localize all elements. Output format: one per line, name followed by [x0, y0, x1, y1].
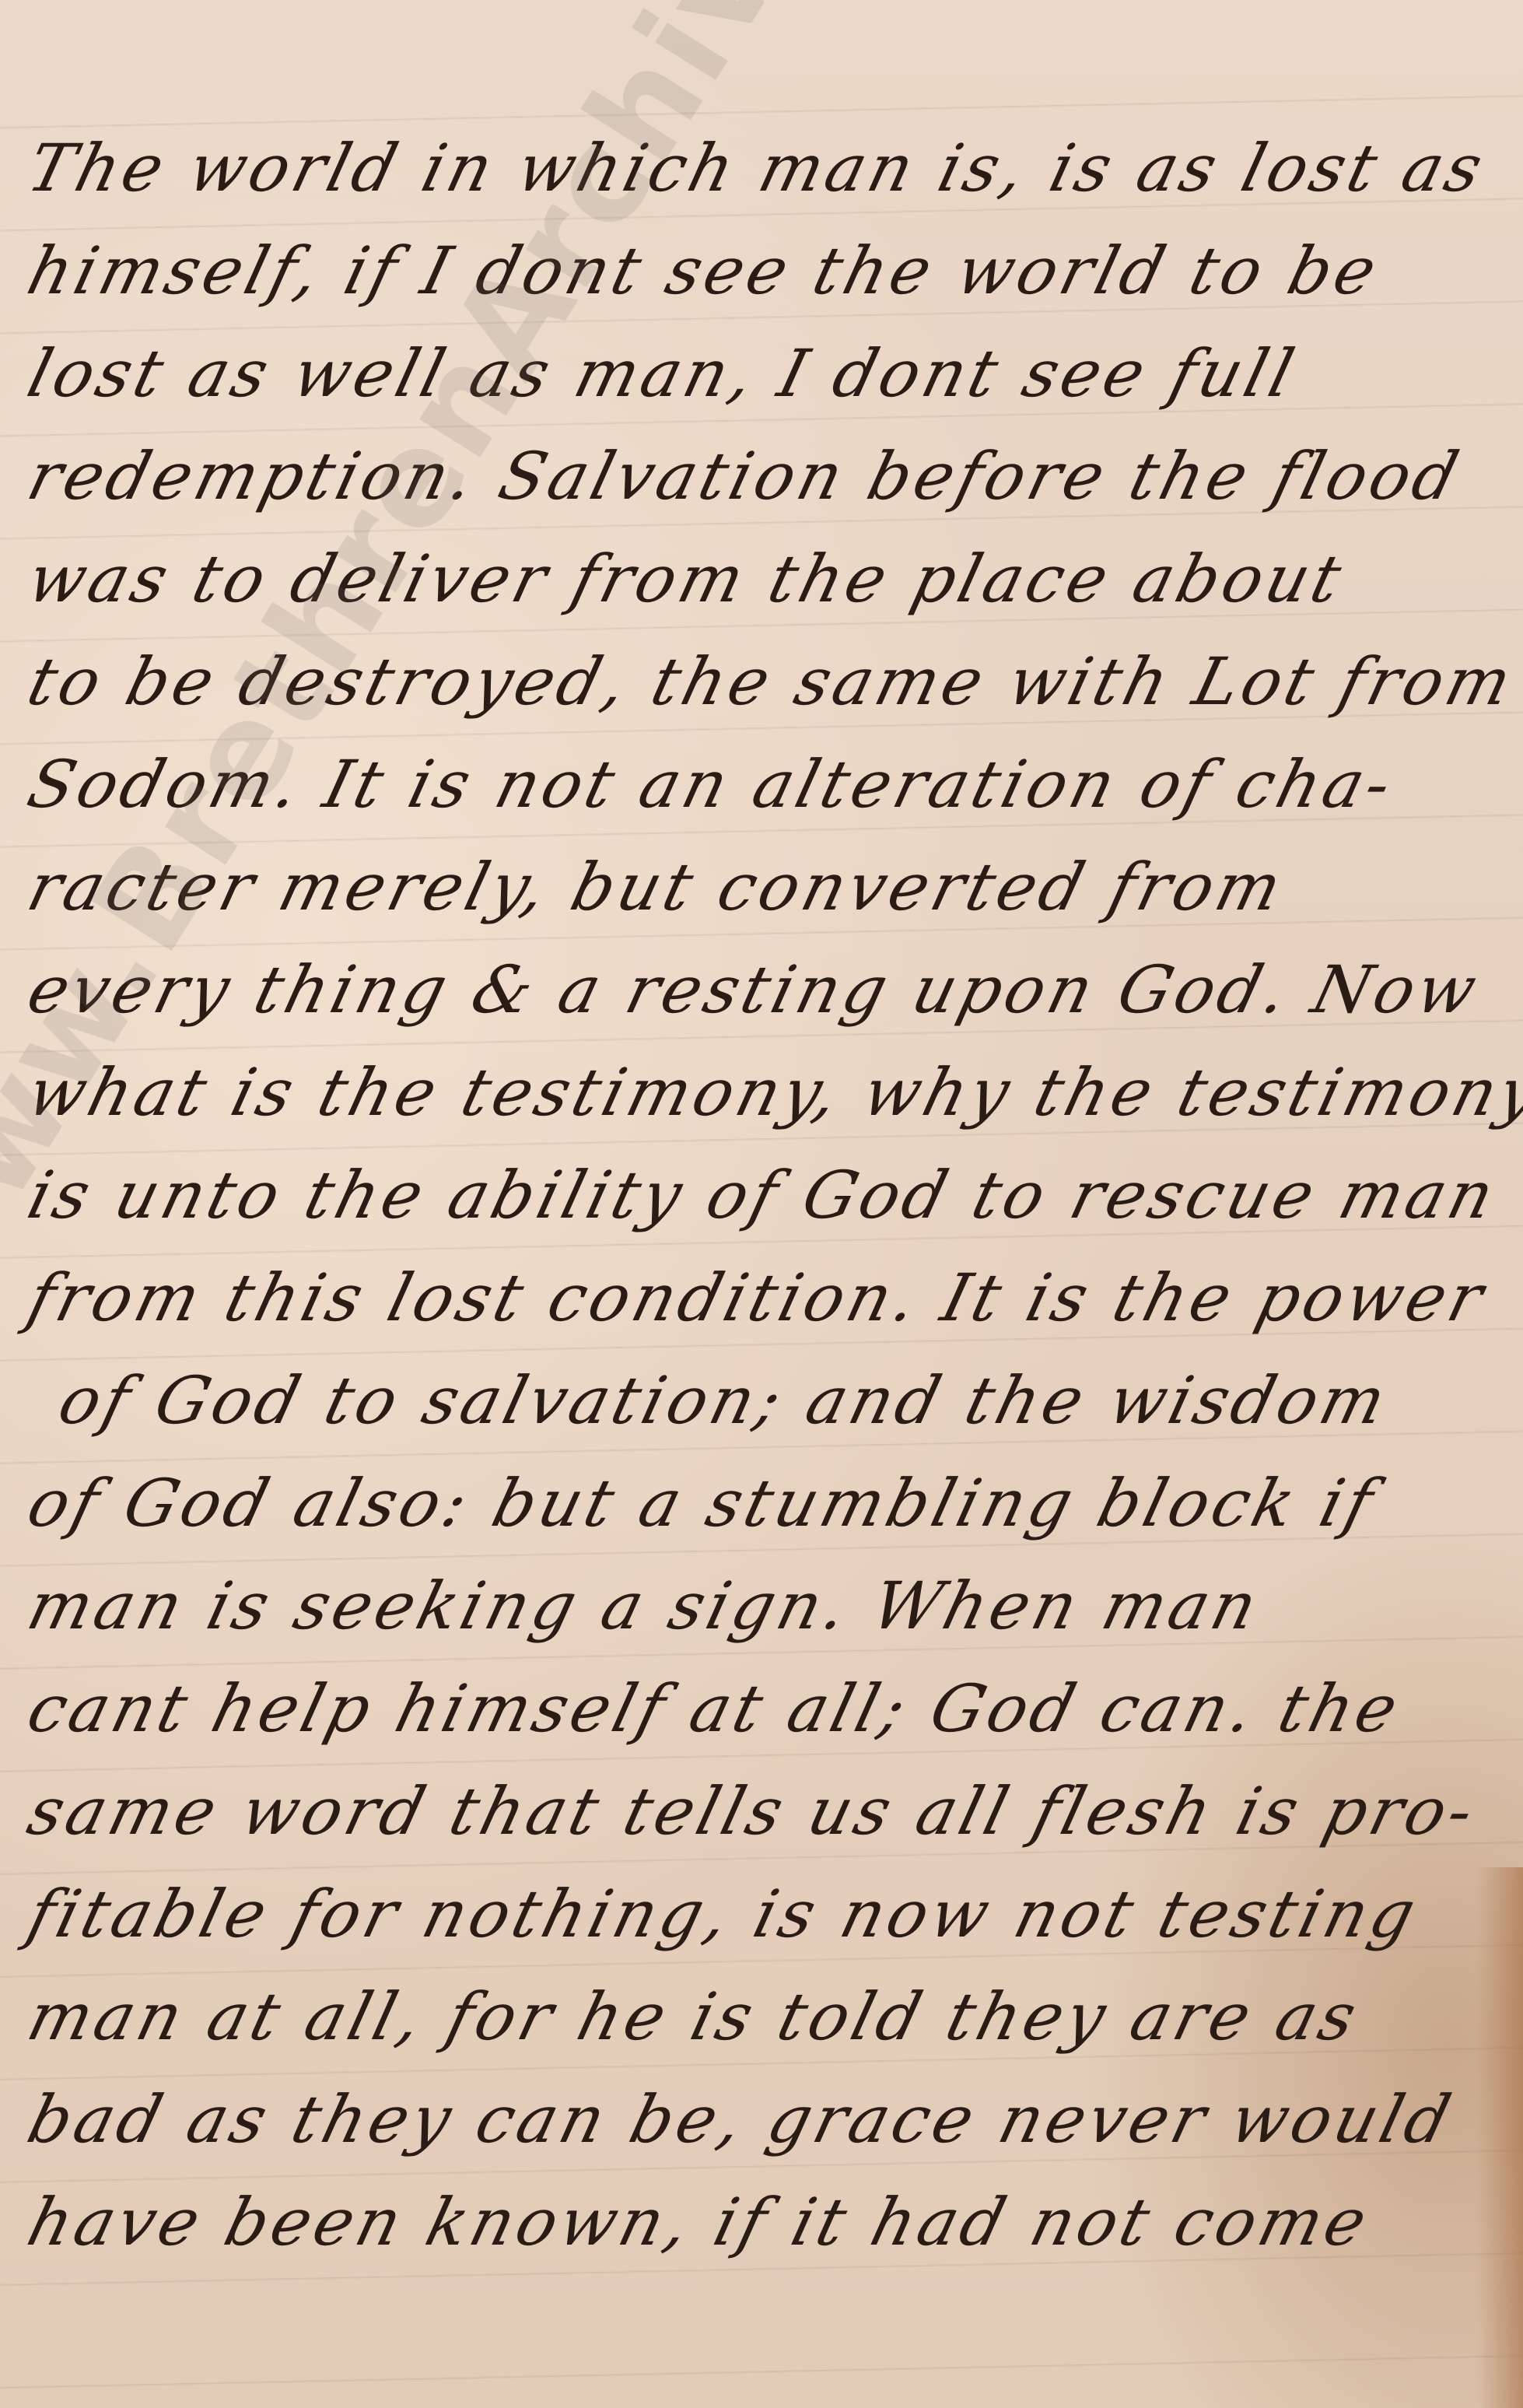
- manuscript-line: was to deliver from the place about: [17, 528, 1523, 630]
- manuscript-line: same word that tells us all flesh is pro…: [17, 1760, 1523, 1863]
- manuscript-line: racter merely, but converted from: [17, 836, 1523, 938]
- manuscript-line: bad as they can be, grace never would: [17, 2068, 1523, 2171]
- manuscript-line: The world in which man is, is as lost as: [17, 117, 1523, 219]
- manuscript-line: cant help himself at all; God can. the: [17, 1657, 1523, 1760]
- manuscript-line: every thing & a resting upon God. Now: [17, 938, 1523, 1041]
- manuscript-line: fitable for nothing, is now not testing: [17, 1863, 1523, 1965]
- manuscript-line: man at all, for he is told they are as: [17, 1965, 1523, 2068]
- manuscript-text: The world in which man is, is as lost as…: [17, 117, 1523, 2273]
- manuscript-line: have been known, if it had not come: [17, 2171, 1523, 2273]
- manuscript-line: redemption. Salvation before the flood: [17, 425, 1523, 528]
- manuscript-line: Sodom. It is not an alteration of cha-: [17, 733, 1523, 836]
- manuscript-line: lost as well as man, I dont see full: [17, 322, 1523, 425]
- manuscript-line: is unto the ability of God to rescue man: [17, 1144, 1523, 1246]
- manuscript-page: The world in which man is, is as lost as…: [0, 0, 1523, 2408]
- manuscript-line: from this lost condition. It is the powe…: [17, 1246, 1523, 1349]
- manuscript-line: of God to salvation; and the wisdom: [17, 1349, 1523, 1452]
- manuscript-line: himself, if I dont see the world to be: [17, 219, 1523, 322]
- manuscript-line: of God also: but a stumbling block if: [17, 1452, 1523, 1555]
- manuscript-line: what is the testimony, why the testimony: [17, 1041, 1523, 1144]
- manuscript-line: to be destroyed, the same with Lot from: [17, 630, 1523, 733]
- manuscript-line: man is seeking a sign. When man: [17, 1555, 1523, 1657]
